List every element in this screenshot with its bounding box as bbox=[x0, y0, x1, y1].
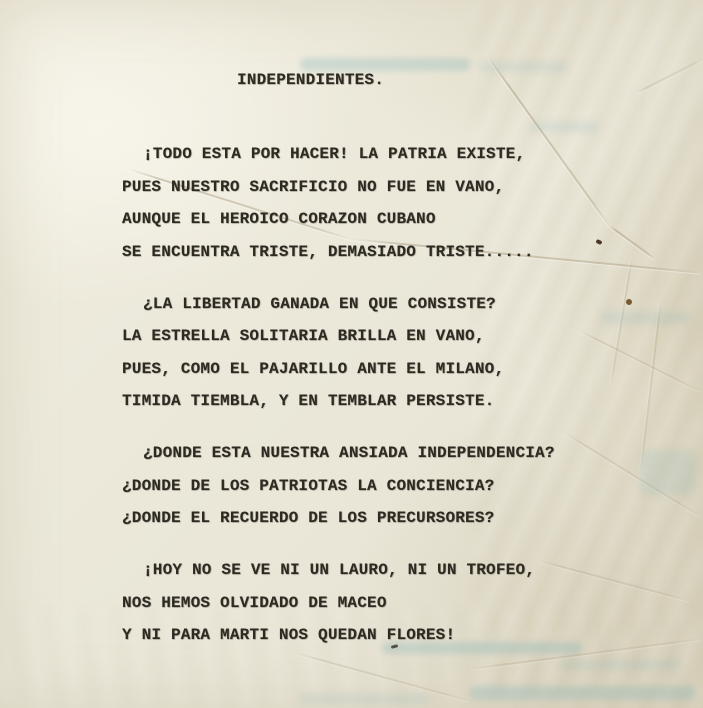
stanza-3: ¿DONDE ESTA NUESTRA ANSIADA INDEPENDENCI… bbox=[122, 437, 662, 535]
poem-line: LA ESTRELLA SOLITARIA BRILLA EN VANO, bbox=[122, 320, 662, 353]
stanza-2: ¿LA LIBERTAD GANADA EN QUE CONSISTE? LA … bbox=[122, 288, 662, 418]
poem-line: PUES NUESTRO SACRIFICIO NO FUE EN VANO, bbox=[122, 171, 662, 204]
poem-line: AUNQUE EL HEROICO CORAZON CUBANO bbox=[122, 203, 662, 236]
poem-line: ¡HOY NO SE VE NI UN LAURO, NI UN TROFEO, bbox=[122, 554, 662, 587]
poem-line: TIMIDA TIEMBLA, Y EN TEMBLAR PERSISTE. bbox=[122, 385, 662, 418]
ink-bleed-smudge bbox=[300, 58, 470, 71]
stanza-4: ¡HOY NO SE VE NI UN LAURO, NI UN TROFEO,… bbox=[122, 554, 662, 652]
ink-bleed-smudge bbox=[300, 694, 430, 704]
poem-line: Y NI PARA MARTI NOS QUEDAN FLORES! bbox=[122, 619, 662, 652]
poem-line: NOS HEMOS OLVIDADO DE MACEO bbox=[122, 587, 662, 620]
ink-bleed-smudge bbox=[470, 686, 695, 700]
poem-title: INDEPENDIENTES. bbox=[237, 71, 384, 89]
poem-line: ¿DONDE DE LOS PATRIOTAS LA CONCIENCIA? bbox=[122, 470, 662, 503]
typewritten-page: INDEPENDIENTES. ¡TODO ESTA POR HACER! LA… bbox=[0, 0, 703, 708]
poem-line: ¡TODO ESTA POR HACER! LA PATRIA EXISTE, bbox=[122, 138, 662, 171]
ink-bleed-smudge bbox=[478, 62, 568, 72]
poem-line: PUES, COMO EL PAJARILLO ANTE EL MILANO, bbox=[122, 353, 662, 386]
poem-line: ¿LA LIBERTAD GANADA EN QUE CONSISTE? bbox=[122, 288, 662, 321]
poem-body: ¡TODO ESTA POR HACER! LA PATRIA EXISTE, … bbox=[122, 138, 662, 671]
poem-line: ¿DONDE EL RECUERDO DE LOS PRECURSORES? bbox=[122, 502, 662, 535]
ink-bleed-smudge bbox=[530, 122, 600, 132]
poem-line: ¿DONDE ESTA NUESTRA ANSIADA INDEPENDENCI… bbox=[122, 437, 662, 470]
paper-crease bbox=[636, 58, 703, 94]
stanza-1: ¡TODO ESTA POR HACER! LA PATRIA EXISTE, … bbox=[122, 138, 662, 268]
poem-line: SE ENCUENTRA TRISTE, DEMASIADO TRISTE...… bbox=[122, 236, 662, 269]
